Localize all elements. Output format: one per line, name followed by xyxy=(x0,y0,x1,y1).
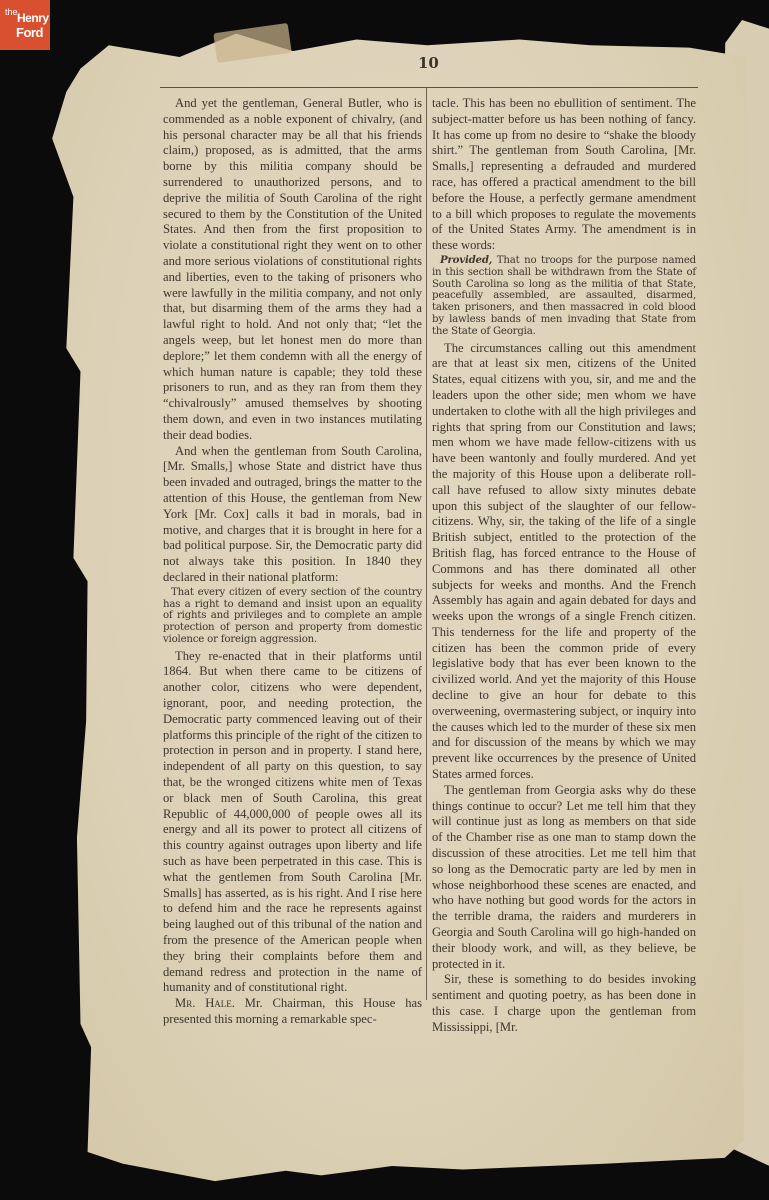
paragraph: Sir, these is something to do besides in… xyxy=(432,972,696,1035)
logo-text-the: the xyxy=(5,8,18,17)
column-divider xyxy=(426,87,427,1000)
logo-text-henry: Henry xyxy=(17,12,49,24)
paragraph: And when the gentleman from South Caroli… xyxy=(163,444,422,586)
speaker-name: Mr. Hale. xyxy=(175,996,235,1010)
amendment-quote: Provided, That no troops for the purpose… xyxy=(432,255,696,338)
amendment-text: That no troops for the purpose named in … xyxy=(432,255,696,337)
paragraph-continued: tacle. This has been no ebullition of se… xyxy=(432,96,696,254)
paragraph: The gentleman from Georgia asks why do t… xyxy=(432,783,696,973)
paragraph: And yet the gentleman, General Butler, w… xyxy=(163,96,422,444)
page-number: 10 xyxy=(418,54,439,72)
henry-ford-logo: the Henry Ford xyxy=(0,0,50,50)
paragraph: The circumstances calling out this amend… xyxy=(432,341,696,783)
paragraph: They re-enacted that in their platforms … xyxy=(163,649,422,997)
right-column: tacle. This has been no ebullition of se… xyxy=(432,96,696,1036)
header-rule xyxy=(160,87,698,88)
left-column: And yet the gentleman, General Butler, w… xyxy=(163,96,422,1028)
platform-quote: That every citizen of every section of t… xyxy=(163,587,422,646)
logo-text-ford: Ford xyxy=(16,26,43,39)
amendment-lead: Provided, xyxy=(440,254,492,266)
speaker-paragraph: Mr. Hale. Mr. Chairman, this House has p… xyxy=(163,996,422,1028)
